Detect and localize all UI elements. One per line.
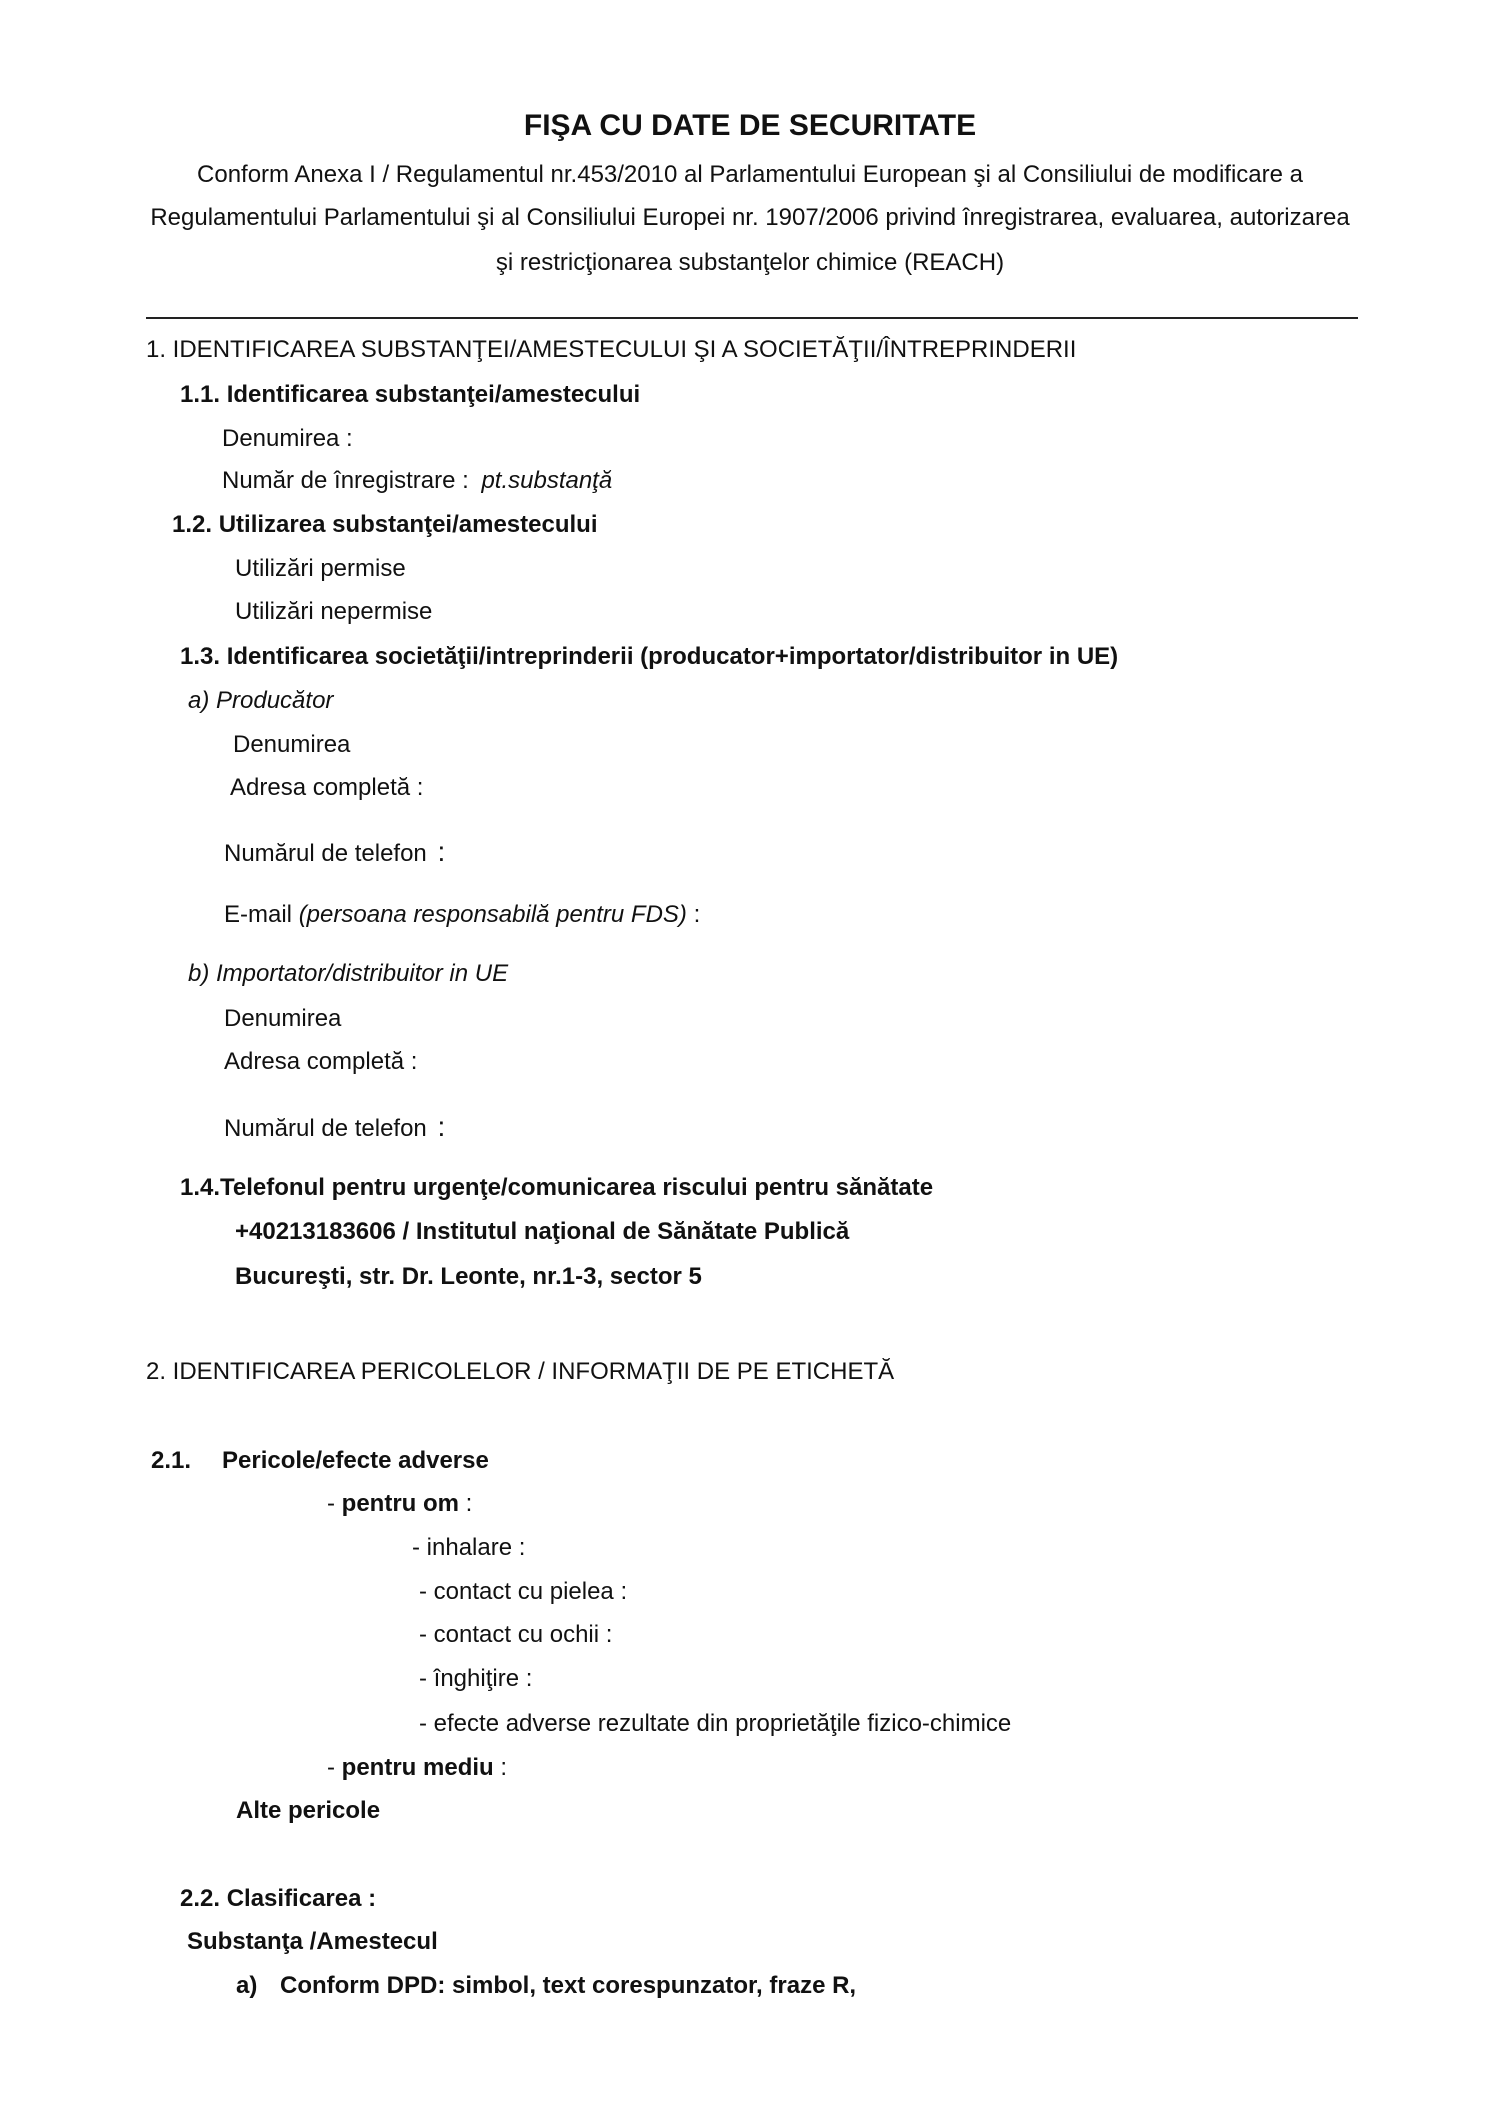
environment-hazards-label: pentru mediu [342, 1754, 494, 1781]
hazard-skin-contact: - contact cu pielea : [419, 1578, 627, 1606]
section-1-3-heading: 1.3. Identificarea societăţii/intreprind… [180, 643, 1118, 671]
hazard-ingestion: - înghiţire : [419, 1665, 532, 1693]
importer-phone-row: Numărul de telefon : [224, 1113, 445, 1143]
section-2-1-heading: Pericole/efecte adverse [222, 1447, 489, 1475]
subtitle-line-2: Regulamentului Parlamentului şi al Consi… [0, 204, 1500, 232]
subtitle-line-1: Conform Anexa I / Regulamentul nr.453/20… [0, 161, 1500, 189]
producer-phone-label: Numărul de telefon [224, 840, 427, 867]
producer-email-label: E-mail [224, 901, 292, 928]
producer-name-label: Denumirea [233, 731, 350, 759]
producer-address-label: Adresa completă : [230, 774, 423, 802]
header-divider [146, 317, 1358, 319]
producer-phone-row: Numărul de telefon : [224, 838, 445, 868]
environment-hazards-row: - pentru mediu : [327, 1754, 507, 1782]
importer-address-label: Adresa completă : [224, 1048, 417, 1076]
importer-phone-colon: : [437, 1111, 445, 1142]
subtitle-line-3: şi restricţionarea substanţelor chimice … [0, 249, 1500, 277]
importer-phone-label: Numărul de telefon [224, 1115, 427, 1142]
environment-hazards-dash: - [327, 1754, 335, 1781]
producer-label: a) Producător [188, 687, 333, 715]
section-1-4-heading: 1.4.Telefonul pentru urgenţe/comunicarea… [180, 1174, 933, 1202]
producer-email-row: E-mail (persoana responsabilă pentru FDS… [224, 901, 700, 929]
section-2-2-heading: 2.2. Clasificarea : [180, 1885, 376, 1913]
other-hazards-label: Alte pericole [236, 1797, 380, 1825]
section-2-heading: 2. IDENTIFICAREA PERICOLELOR / INFORMAŢI… [146, 1358, 894, 1386]
human-hazards-dash: - [327, 1490, 335, 1517]
section-1-2-heading: 1.2. Utilizarea substanţei/amestecului [172, 511, 598, 539]
producer-email-note: (persoana responsabilă pentru FDS) [299, 901, 687, 928]
document-title: FIŞA CU DATE DE SECURITATE [0, 109, 1500, 143]
classification-subject: Substanţa /Amestecul [187, 1928, 438, 1956]
producer-phone-colon: : [437, 836, 445, 867]
human-hazards-row: - pentru om : [327, 1490, 472, 1518]
environment-hazards-colon: : [500, 1754, 507, 1781]
section-2-1-number: 2.1. [151, 1447, 191, 1475]
producer-email-colon: : [694, 901, 701, 928]
emergency-address-line: Bucureşti, str. Dr. Leonte, nr.1-3, sect… [235, 1263, 702, 1291]
human-hazards-colon: : [466, 1490, 473, 1517]
hazard-eye-contact: - contact cu ochii : [419, 1621, 612, 1649]
human-hazards-label: pentru om [342, 1490, 459, 1517]
section-1-1-heading: 1.1. Identificarea substanţei/amesteculu… [180, 381, 640, 409]
importer-label: b) Importator/distribuitor in UE [188, 960, 508, 988]
importer-name-label: Denumirea [224, 1005, 341, 1033]
permitted-uses-label: Utilizări permise [235, 555, 406, 583]
hazard-inhalation: - inhalare : [412, 1534, 525, 1562]
registration-number-value: pt.substanţă [481, 467, 612, 494]
classification-item-a-text: Conform DPD: simbol, text corespunzator,… [280, 1972, 856, 2000]
non-permitted-uses-label: Utilizări nepermise [235, 598, 432, 626]
substance-name-label: Denumirea : [222, 425, 353, 453]
emergency-phone-line: +40213183606 / Institutul naţional de Să… [235, 1218, 849, 1246]
registration-number-label: Număr de înregistrare : [222, 467, 469, 494]
section-1-heading: 1. IDENTIFICAREA SUBSTANŢEI/AMESTECULUI … [146, 336, 1076, 364]
hazard-physicochemical: - efecte adverse rezultate din proprietă… [419, 1710, 1011, 1738]
classification-item-a-marker: a) [236, 1972, 257, 2000]
registration-number-row: Număr de înregistrare : pt.substanţă [222, 467, 612, 495]
